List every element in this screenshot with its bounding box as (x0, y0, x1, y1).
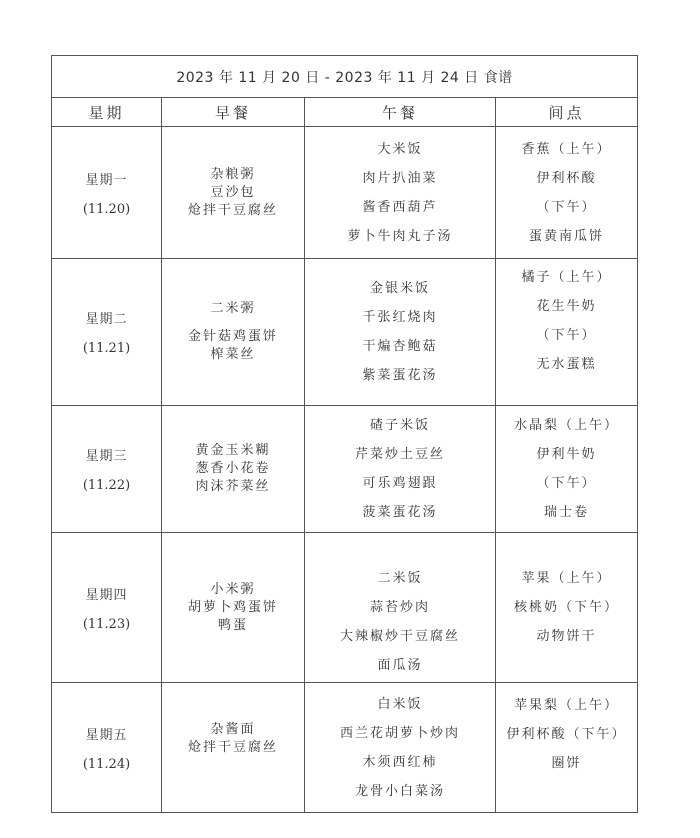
snack-cell: 水晶梨（上午） 伊利牛奶 （下午） 瑞士卷 (496, 406, 638, 533)
snack-item: 香蕉（上午） (496, 135, 637, 164)
breakfast-item: 胡萝卜鸡蛋饼 (162, 599, 304, 617)
lunch-cell: 二米饭 蒜苔炒肉 大辣椒炒干豆腐丝 面瓜汤 (305, 533, 496, 683)
weekday-label: 星期一 (52, 169, 161, 188)
lunch-item: 木须西红柿 (305, 748, 495, 777)
breakfast-item: 榨菜丝 (162, 346, 304, 364)
header-snack: 间点 (496, 98, 638, 127)
breakfast-item: 杂酱面 (162, 721, 304, 739)
snack-cell: 苹果梨（上午） 伊利杯酸（下午） 圈饼 (496, 683, 638, 813)
lunch-item: 金银米饭 (305, 274, 495, 303)
lunch-item: 紫菜蛋花汤 (305, 361, 495, 390)
lunch-item: 可乐鸡翅跟 (305, 469, 495, 498)
lunch-item: 菠菜蛋花汤 (305, 498, 495, 527)
breakfast-cell: 杂粮粥 豆沙包 炝拌干豆腐丝 (162, 127, 305, 259)
breakfast-cell: 杂酱面 炝拌干豆腐丝 (162, 683, 305, 813)
lunch-cell: 金银米饭 千张红烧肉 干煸杏鲍菇 紫菜蛋花汤 (305, 259, 496, 406)
weekly-menu-table: 2023 年 11 月 20 日 - 2023 年 11 月 24 日 食谱 星… (51, 55, 638, 813)
snack-cell: 橘子（上午） 花生牛奶 （下午） 无水蛋糕 (496, 259, 638, 406)
lunch-item: 西兰花胡萝卜炒肉 (305, 719, 495, 748)
breakfast-item: 豆沙包 (162, 184, 304, 202)
date-label: (11.22) (52, 478, 161, 493)
breakfast-item: 葱香小花卷 (162, 460, 304, 478)
snack-cell: 香蕉（上午） 伊利杯酸 （下午） 蛋黄南瓜饼 (496, 127, 638, 259)
snack-item: 花生牛奶 (496, 292, 637, 321)
lunch-item: 酱香西葫芦 (305, 193, 495, 222)
snack-item: 伊利杯酸 (496, 164, 637, 193)
lunch-item: 碴子米饭 (305, 411, 495, 440)
snack-item: 圈饼 (496, 749, 637, 778)
date-label: (11.23) (52, 617, 161, 632)
lunch-item: 白米饭 (305, 690, 495, 719)
snack-item: 苹果梨（上午） (496, 691, 637, 720)
lunch-item: 萝卜牛肉丸子汤 (305, 222, 495, 251)
breakfast-item: 炝拌干豆腐丝 (162, 739, 304, 757)
snack-item: 蛋黄南瓜饼 (496, 222, 637, 251)
snack-item: 伊利杯酸（下午） (496, 720, 637, 749)
weekday-cell: 星期四 (11.23) (52, 533, 162, 683)
weekday-cell: 星期三 (11.22) (52, 406, 162, 533)
weekday-cell: 星期五 (11.24) (52, 683, 162, 813)
breakfast-item: 小米粥 (162, 581, 304, 599)
snack-item: 水晶梨（上午） (496, 411, 637, 440)
breakfast-cell: 二米粥 金针菇鸡蛋饼 榨菜丝 (162, 259, 305, 406)
breakfast-cell: 黄金玉米糊 葱香小花卷 肉沫芥菜丝 (162, 406, 305, 533)
day-row-wednesday: 星期三 (11.22) 黄金玉米糊 葱香小花卷 肉沫芥菜丝 碴子米饭 芹菜炒土豆… (52, 406, 638, 533)
lunch-cell: 碴子米饭 芹菜炒土豆丝 可乐鸡翅跟 菠菜蛋花汤 (305, 406, 496, 533)
breakfast-item: 金针菇鸡蛋饼 (162, 328, 304, 346)
snack-item: 无水蛋糕 (496, 350, 637, 379)
snack-cell: 苹果（上午） 核桃奶（下午） 动物饼干 (496, 533, 638, 683)
weekday-cell: 星期二 (11.21) (52, 259, 162, 406)
date-label: (11.24) (52, 757, 161, 772)
weekday-label: 星期五 (52, 724, 161, 743)
lunch-cell: 白米饭 西兰花胡萝卜炒肉 木须西红柿 龙骨小白菜汤 (305, 683, 496, 813)
snack-item: （下午） (496, 193, 637, 222)
weekday-label: 星期二 (52, 308, 161, 327)
breakfast-item: 杂粮粥 (162, 166, 304, 184)
lunch-item: 千张红烧肉 (305, 303, 495, 332)
breakfast-item: 肉沫芥菜丝 (162, 478, 304, 496)
snack-item: （下午） (496, 469, 637, 498)
breakfast-item: 炝拌干豆腐丝 (162, 202, 304, 220)
snack-item: 橘子（上午） (496, 263, 637, 292)
lunch-item: 干煸杏鲍菇 (305, 332, 495, 361)
header-breakfast: 早餐 (162, 98, 305, 127)
lunch-item: 龙骨小白菜汤 (305, 777, 495, 806)
snack-item: 苹果（上午） (496, 564, 637, 593)
header-weekday: 星期 (52, 98, 162, 127)
snack-item: （下午） (496, 321, 637, 350)
menu-title: 2023 年 11 月 20 日 - 2023 年 11 月 24 日 食谱 (52, 56, 638, 98)
breakfast-cell: 小米粥 胡萝卜鸡蛋饼 鸭蛋 (162, 533, 305, 683)
snack-item: 核桃奶（下午） (496, 593, 637, 622)
lunch-item: 蒜苔炒肉 (305, 593, 495, 622)
lunch-cell: 大米饭 肉片扒油菜 酱香西葫芦 萝卜牛肉丸子汤 (305, 127, 496, 259)
weekday-cell: 星期一 (11.20) (52, 127, 162, 259)
weekday-label: 星期四 (52, 584, 161, 603)
day-row-thursday: 星期四 (11.23) 小米粥 胡萝卜鸡蛋饼 鸭蛋 二米饭 蒜苔炒肉 大辣椒炒干… (52, 533, 638, 683)
day-row-friday: 星期五 (11.24) 杂酱面 炝拌干豆腐丝 白米饭 西兰花胡萝卜炒肉 木须西红… (52, 683, 638, 813)
breakfast-item: 鸭蛋 (162, 617, 304, 635)
snack-item: 瑞士卷 (496, 498, 637, 527)
weekday-label: 星期三 (52, 445, 161, 464)
header-row: 星期 早餐 午餐 间点 (52, 98, 638, 127)
day-row-monday: 星期一 (11.20) 杂粮粥 豆沙包 炝拌干豆腐丝 大米饭 肉片扒油菜 酱香西… (52, 127, 638, 259)
header-lunch: 午餐 (305, 98, 496, 127)
lunch-item: 肉片扒油菜 (305, 164, 495, 193)
day-row-tuesday: 星期二 (11.21) 二米粥 金针菇鸡蛋饼 榨菜丝 金银米饭 千张红烧肉 干煸… (52, 259, 638, 406)
lunch-item: 二米饭 (305, 564, 495, 593)
snack-item: 动物饼干 (496, 622, 637, 651)
lunch-item: 芹菜炒土豆丝 (305, 440, 495, 469)
lunch-item: 大米饭 (305, 135, 495, 164)
lunch-item: 面瓜汤 (305, 651, 495, 680)
spacer (162, 318, 304, 328)
snack-item: 伊利牛奶 (496, 440, 637, 469)
date-label: (11.21) (52, 341, 161, 356)
breakfast-item: 二米粥 (162, 300, 304, 318)
lunch-item: 大辣椒炒干豆腐丝 (305, 622, 495, 651)
date-label: (11.20) (52, 202, 161, 217)
breakfast-item: 黄金玉米糊 (162, 442, 304, 460)
